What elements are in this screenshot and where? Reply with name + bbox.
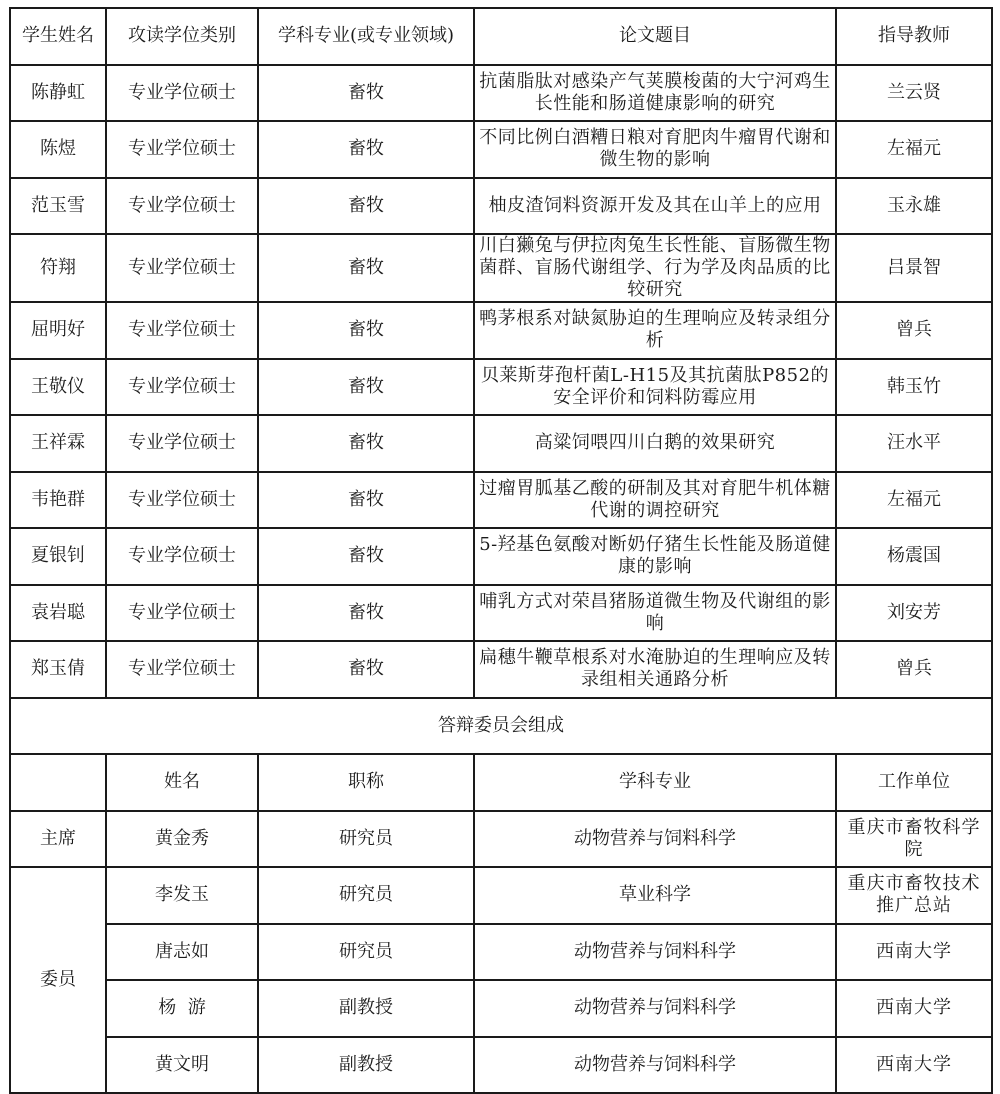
thesis-title: 扁穗牛鞭草根系对水淹胁迫的生理响应及转录组相关通路分析	[474, 641, 836, 698]
role-chair: 主席	[10, 811, 106, 868]
student-major: 畜牧	[258, 302, 474, 359]
student-name: 范玉雪	[10, 178, 106, 235]
student-row: 袁岩聪 专业学位硕士 畜牧 哺乳方式对荣昌猪肠道微生物及代谢组的影响 刘安芳	[10, 585, 992, 642]
header-thesis-title: 论文题目	[474, 8, 836, 65]
student-name: 屈明好	[10, 302, 106, 359]
student-name: 袁岩聪	[10, 585, 106, 642]
chair-title: 研究员	[258, 811, 474, 868]
thesis-title: 柚皮渣饲料资源开发及其在山羊上的应用	[474, 178, 836, 235]
header-advisor: 指导教师	[836, 8, 992, 65]
member-name: 李发玉	[106, 867, 258, 924]
student-name: 韦艳群	[10, 472, 106, 529]
advisor-name: 左福元	[836, 472, 992, 529]
header-member-unit: 工作单位	[836, 754, 992, 811]
advisor-name: 玉永雄	[836, 178, 992, 235]
thesis-title: 川白獭兔与伊拉肉兔生长性能、盲肠微生物菌群、盲肠代谢组学、行为学及肉品质的比较研…	[474, 234, 836, 302]
advisor-name: 左福元	[836, 121, 992, 178]
member-name: 黄文明	[106, 1037, 258, 1094]
student-name: 陈静虹	[10, 65, 106, 122]
thesis-title: 哺乳方式对荣昌猪肠道微生物及代谢组的影响	[474, 585, 836, 642]
student-name: 陈煜	[10, 121, 106, 178]
thesis-title: 过瘤胃胍基乙酸的研制及其对育肥牛机体糖代谢的调控研究	[474, 472, 836, 529]
member-unit: 重庆市畜牧技术推广总站	[836, 867, 992, 924]
member-name: 杨 游	[106, 980, 258, 1037]
member-title: 副教授	[258, 1037, 474, 1094]
member-unit: 西南大学	[836, 980, 992, 1037]
header-degree-type: 攻读学位类别	[106, 8, 258, 65]
member-major: 草业科学	[474, 867, 836, 924]
committee-member-row: 杨 游 副教授 动物营养与饲料科学 西南大学	[10, 980, 992, 1037]
student-row: 夏银钊 专业学位硕士 畜牧 5-羟基色氨酸对断奶仔猪生长性能及肠道健康的影响 杨…	[10, 528, 992, 585]
student-row: 范玉雪 专业学位硕士 畜牧 柚皮渣饲料资源开发及其在山羊上的应用 玉永雄	[10, 178, 992, 235]
header-member-title: 职称	[258, 754, 474, 811]
member-name: 唐志如	[106, 924, 258, 981]
defense-info-table: 学生姓名 攻读学位类别 学科专业(或专业领域) 论文题目 指导教师 陈静虹 专业…	[9, 7, 993, 1094]
thesis-title: 贝莱斯芽孢杆菌L-H15及其抗菌肽P852的安全评价和饲料防霉应用	[474, 359, 836, 416]
advisor-name: 曾兵	[836, 302, 992, 359]
member-major: 动物营养与饲料科学	[474, 924, 836, 981]
student-major: 畜牧	[258, 65, 474, 122]
advisor-name: 刘安芳	[836, 585, 992, 642]
committee-member-row: 黄文明 副教授 动物营养与饲料科学 西南大学	[10, 1037, 992, 1094]
student-degree: 专业学位硕士	[106, 415, 258, 472]
student-name: 王祥霖	[10, 415, 106, 472]
student-row: 韦艳群 专业学位硕士 畜牧 过瘤胃胍基乙酸的研制及其对育肥牛机体糖代谢的调控研究…	[10, 472, 992, 529]
student-name: 夏银钊	[10, 528, 106, 585]
member-major: 动物营养与饲料科学	[474, 980, 836, 1037]
advisor-name: 吕景智	[836, 234, 992, 302]
student-name: 郑玉倩	[10, 641, 106, 698]
student-major: 畜牧	[258, 121, 474, 178]
member-title: 研究员	[258, 924, 474, 981]
member-unit: 西南大学	[836, 1037, 992, 1094]
header-member-name: 姓名	[106, 754, 258, 811]
member-title: 研究员	[258, 867, 474, 924]
committee-section-title: 答辩委员会组成	[10, 698, 992, 755]
advisor-name: 兰云贤	[836, 65, 992, 122]
student-major: 畜牧	[258, 528, 474, 585]
student-name: 王敬仪	[10, 359, 106, 416]
advisor-name: 曾兵	[836, 641, 992, 698]
student-degree: 专业学位硕士	[106, 121, 258, 178]
student-row: 符翔 专业学位硕士 畜牧 川白獭兔与伊拉肉兔生长性能、盲肠微生物菌群、盲肠代谢组…	[10, 234, 992, 302]
header-role	[10, 754, 106, 811]
student-major: 畜牧	[258, 359, 474, 416]
chair-major: 动物营养与饲料科学	[474, 811, 836, 868]
chair-unit: 重庆市畜牧科学院	[836, 811, 992, 868]
advisor-name: 汪水平	[836, 415, 992, 472]
student-degree: 专业学位硕士	[106, 302, 258, 359]
role-member: 委员	[10, 867, 106, 1093]
student-major: 畜牧	[258, 415, 474, 472]
header-student-name: 学生姓名	[10, 8, 106, 65]
student-row: 陈煜 专业学位硕士 畜牧 不同比例白酒糟日粮对育肥肉牛瘤胃代谢和微生物的影响 左…	[10, 121, 992, 178]
advisor-name: 韩玉竹	[836, 359, 992, 416]
thesis-title: 高粱饲喂四川白鹅的效果研究	[474, 415, 836, 472]
header-member-major: 学科专业	[474, 754, 836, 811]
header-major: 学科专业(或专业领域)	[258, 8, 474, 65]
student-degree: 专业学位硕士	[106, 528, 258, 585]
committee-member-row: 唐志如 研究员 动物营养与饲料科学 西南大学	[10, 924, 992, 981]
student-degree: 专业学位硕士	[106, 178, 258, 235]
advisor-name: 杨震国	[836, 528, 992, 585]
student-row: 郑玉倩 专业学位硕士 畜牧 扁穗牛鞭草根系对水淹胁迫的生理响应及转录组相关通路分…	[10, 641, 992, 698]
student-row: 王祥霖 专业学位硕士 畜牧 高粱饲喂四川白鹅的效果研究 汪水平	[10, 415, 992, 472]
student-name: 符翔	[10, 234, 106, 302]
committee-member-row: 委员 李发玉 研究员 草业科学 重庆市畜牧技术推广总站	[10, 867, 992, 924]
student-major: 畜牧	[258, 178, 474, 235]
member-unit: 西南大学	[836, 924, 992, 981]
student-row: 屈明好 专业学位硕士 畜牧 鸭茅根系对缺氮胁迫的生理响应及转录组分析 曾兵	[10, 302, 992, 359]
thesis-title: 5-羟基色氨酸对断奶仔猪生长性能及肠道健康的影响	[474, 528, 836, 585]
student-degree: 专业学位硕士	[106, 359, 258, 416]
thesis-title: 抗菌脂肽对感染产气荚膜梭菌的大宁河鸡生长性能和肠道健康影响的研究	[474, 65, 836, 122]
chair-name: 黄金秀	[106, 811, 258, 868]
student-major: 畜牧	[258, 234, 474, 302]
student-degree: 专业学位硕士	[106, 234, 258, 302]
student-major: 畜牧	[258, 585, 474, 642]
student-row: 王敬仪 专业学位硕士 畜牧 贝莱斯芽孢杆菌L-H15及其抗菌肽P852的安全评价…	[10, 359, 992, 416]
committee-header-row: 姓名 职称 学科专业 工作单位	[10, 754, 992, 811]
committee-section-row: 答辩委员会组成	[10, 698, 992, 755]
thesis-title: 不同比例白酒糟日粮对育肥肉牛瘤胃代谢和微生物的影响	[474, 121, 836, 178]
student-degree: 专业学位硕士	[106, 585, 258, 642]
student-row: 陈静虹 专业学位硕士 畜牧 抗菌脂肽对感染产气荚膜梭菌的大宁河鸡生长性能和肠道健…	[10, 65, 992, 122]
member-title: 副教授	[258, 980, 474, 1037]
committee-chair-row: 主席 黄金秀 研究员 动物营养与饲料科学 重庆市畜牧科学院	[10, 811, 992, 868]
member-major: 动物营养与饲料科学	[474, 1037, 836, 1094]
student-major: 畜牧	[258, 641, 474, 698]
student-major: 畜牧	[258, 472, 474, 529]
student-degree: 专业学位硕士	[106, 641, 258, 698]
thesis-title: 鸭茅根系对缺氮胁迫的生理响应及转录组分析	[474, 302, 836, 359]
students-header-row: 学生姓名 攻读学位类别 学科专业(或专业领域) 论文题目 指导教师	[10, 8, 992, 65]
student-degree: 专业学位硕士	[106, 65, 258, 122]
student-degree: 专业学位硕士	[106, 472, 258, 529]
